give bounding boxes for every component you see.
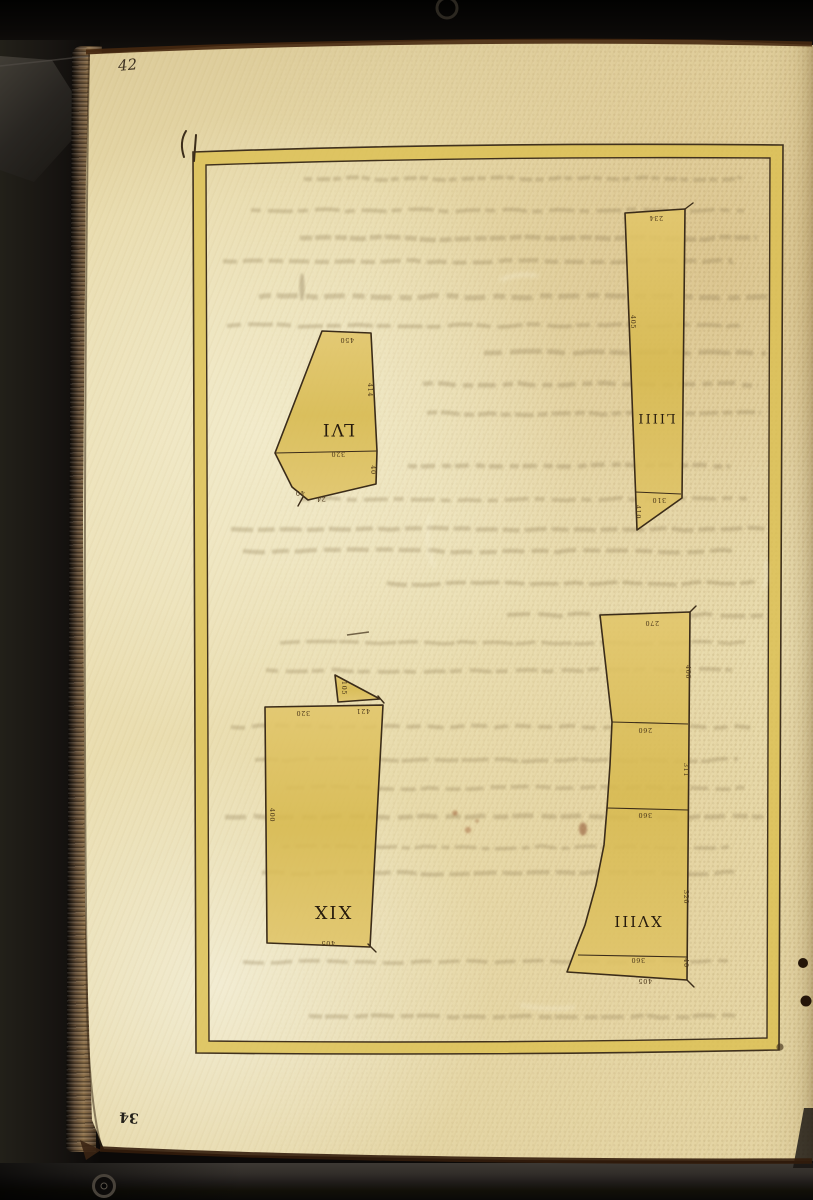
measurement-annotation: 320 bbox=[682, 890, 690, 904]
ink-blots-right-edge bbox=[798, 958, 812, 1007]
measurement-annotation: 320 bbox=[296, 709, 310, 717]
measurement-annotation: 310 bbox=[652, 496, 666, 504]
bleedthrough-line bbox=[231, 528, 765, 531]
measurement-annotation: 311 bbox=[682, 763, 690, 777]
measurement-annotation: 400 bbox=[268, 808, 276, 822]
measurement-annotation: 405 bbox=[321, 939, 335, 947]
pen-dash-mark bbox=[347, 632, 369, 635]
parcels-group: 450414320404024LVI234405310410LIIII10542… bbox=[265, 203, 696, 987]
page-left-edge-line bbox=[85, 53, 102, 1148]
parcel-label: XIX bbox=[313, 901, 352, 922]
bleedthrough-line bbox=[387, 582, 754, 585]
measurement-annotation: 40 bbox=[682, 958, 690, 967]
pen-tick-mark bbox=[690, 606, 696, 612]
measurement-annotation: 234 bbox=[649, 214, 663, 222]
parcel-XIX: 105421320400405XIX bbox=[265, 675, 384, 952]
measurement-annotation: 24 bbox=[316, 495, 325, 503]
page-top-edge bbox=[86, 41, 812, 52]
measurement-annotation: 360 bbox=[638, 811, 652, 819]
parcel-outline bbox=[275, 331, 377, 500]
parcel-label: LIIII bbox=[636, 410, 675, 425]
measurement-annotation: 400 bbox=[684, 665, 692, 679]
bleedthrough-line bbox=[484, 351, 766, 354]
parcel-outline bbox=[625, 209, 685, 530]
bleedthrough-line bbox=[243, 549, 735, 552]
page-corner-tip bbox=[80, 1140, 101, 1160]
measurement-annotation: 450 bbox=[340, 336, 354, 344]
measurement-annotation: 270 bbox=[645, 619, 659, 627]
folio-number-top: 42 bbox=[116, 55, 138, 75]
measurement-annotation: 105 bbox=[340, 681, 348, 695]
measurement-annotation: 414 bbox=[366, 383, 374, 397]
measurement-annotation: 320 bbox=[331, 450, 345, 458]
parcel-label: XVIII bbox=[612, 912, 661, 930]
measurement-annotation: 421 bbox=[356, 707, 370, 715]
bleedthrough-line bbox=[304, 177, 741, 180]
bleedthrough-line bbox=[259, 295, 772, 298]
measurement-annotation: 40 bbox=[295, 489, 304, 497]
measurement-annotation: 410 bbox=[634, 505, 642, 519]
measurement-annotation: 405 bbox=[629, 315, 637, 329]
pen-tick-mark bbox=[685, 203, 693, 209]
cradle-edge-line bbox=[0, 56, 90, 66]
bleedthrough-line bbox=[309, 1015, 737, 1017]
cradle-screw-top bbox=[437, 0, 457, 18]
parcel-LVI: 450414320404024LVI bbox=[275, 331, 377, 506]
measurement-annotation: 260 bbox=[638, 726, 652, 734]
pen-tick-mark bbox=[687, 980, 694, 987]
cradle-screw-bottom bbox=[94, 1176, 115, 1197]
parcel-label: LVI bbox=[321, 419, 355, 439]
stain-smudge bbox=[299, 273, 304, 301]
bleedthrough-line bbox=[300, 237, 757, 240]
manuscript-photo: 450414320404024LVI234405310410LIIII10542… bbox=[0, 0, 813, 1200]
measurement-annotation: 40 bbox=[369, 465, 377, 474]
pen-mark-top-left bbox=[182, 131, 196, 161]
measurement-annotation: 405 bbox=[638, 977, 652, 985]
pen-tick-mark bbox=[368, 944, 376, 952]
parcel-LIIII: 234405310410LIIII bbox=[625, 203, 693, 530]
measurement-annotation: 360 bbox=[631, 956, 645, 964]
frame-corner-ink-blot bbox=[776, 1043, 783, 1050]
page-bottom-edge bbox=[100, 1149, 812, 1161]
folio-number-bottom: 34 bbox=[118, 1108, 139, 1125]
page-artwork-layer: 450414320404024LVI234405310410LIIII10542… bbox=[0, 0, 813, 1200]
parcel-XVIII: 27040026031136032036040405XVIII bbox=[567, 606, 696, 987]
bleedthrough-line bbox=[427, 412, 761, 415]
bleedthrough-line bbox=[423, 383, 758, 386]
